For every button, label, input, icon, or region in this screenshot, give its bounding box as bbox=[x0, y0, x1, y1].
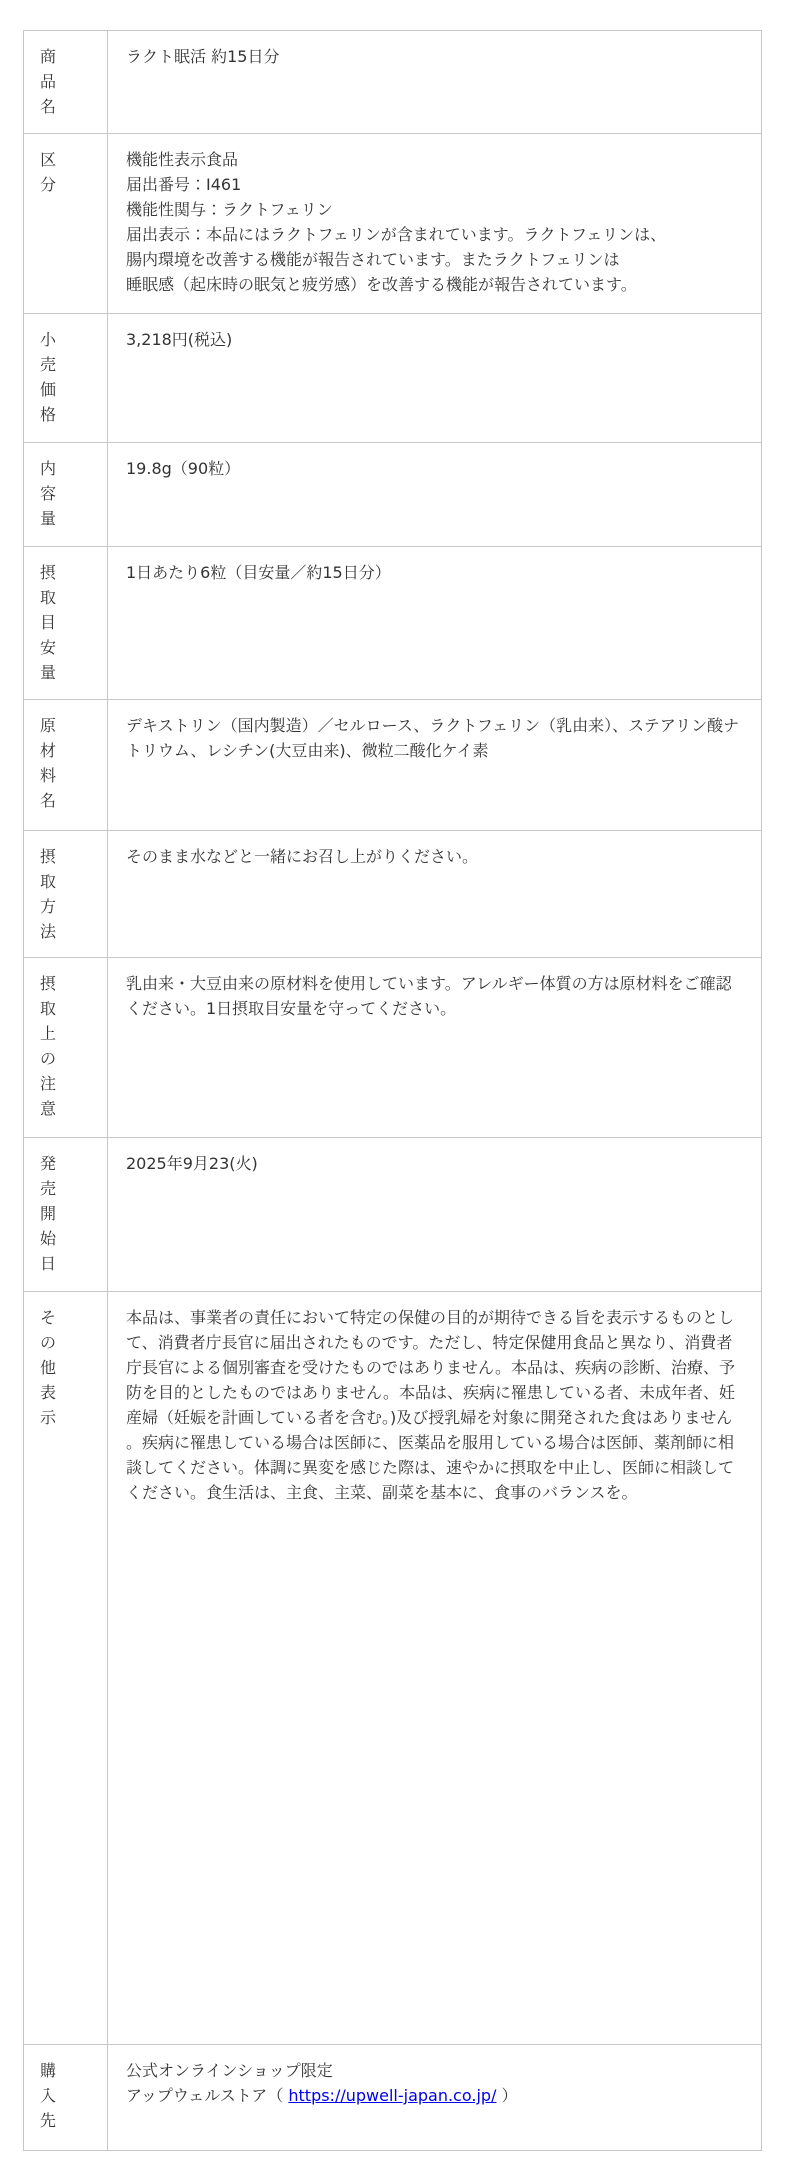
row-label: 購入先 bbox=[24, 2045, 108, 2151]
row-label: 小売価格 bbox=[24, 314, 108, 443]
product-spec-table: 商品名 ラクト眠活 約15日分 区分 機能性表示食品届出番号：I461機能性関与… bbox=[23, 30, 762, 2151]
row-value: デキストリン（国内製造）／セルロース、ラクトフェリン（乳由来）、ステアリン酸ナト… bbox=[108, 700, 762, 831]
row-label: 区分 bbox=[24, 134, 108, 314]
value-line: 19.8g（90粒） bbox=[126, 456, 741, 481]
row-value: 機能性表示食品届出番号：I461機能性関与：ラクトフェリン届出表示：本品にはラク… bbox=[108, 134, 762, 314]
store-link[interactable]: https://upwell-japan.co.jp/ bbox=[288, 2086, 496, 2105]
value-line: ラクト眠活 約15日分 bbox=[126, 44, 741, 69]
row-label-text: 摂取方法 bbox=[40, 844, 58, 944]
value-line: 届出番号：I461 bbox=[126, 172, 741, 197]
table-row: 摂取方法 そのまま水などと一緒にお召し上がりください。 bbox=[24, 831, 762, 958]
row-value: 2025年9月23(火) bbox=[108, 1138, 762, 1292]
value-line: アップウェルストア（ https://upwell-japan.co.jp/ ） bbox=[126, 2083, 741, 2108]
row-label-text: 商品名 bbox=[40, 44, 58, 119]
row-value: 19.8g（90粒） bbox=[108, 443, 762, 547]
page: 商品名 ラクト眠活 約15日分 区分 機能性表示食品届出番号：I461機能性関与… bbox=[0, 0, 800, 2180]
row-value: そのまま水などと一緒にお召し上がりください。 bbox=[108, 831, 762, 958]
row-label: 発売開始日 bbox=[24, 1138, 108, 1292]
row-value: ラクト眠活 約15日分 bbox=[108, 31, 762, 134]
table-row: 摂取上の注意 乳由来・大豆由来の原材料を使用しています。アレルギー体質の方は原材… bbox=[24, 958, 762, 1138]
row-value: 乳由来・大豆由来の原材料を使用しています。アレルギー体質の方は原材料をご確認くだ… bbox=[108, 958, 762, 1138]
value-line: 1日あたり6粒（目安量／約15日分） bbox=[126, 560, 741, 585]
value-line: デキストリン（国内製造）／セルロース、ラクトフェリン（乳由来）、ステアリン酸ナト… bbox=[126, 713, 741, 763]
link-prefix-text: アップウェルストア（ bbox=[126, 2086, 288, 2105]
table-row: 購入先 公式オンラインショップ限定アップウェルストア（ https://upwe… bbox=[24, 2045, 762, 2151]
table-row: 小売価格 3,218円(税込) bbox=[24, 314, 762, 443]
row-label-text: 内容量 bbox=[40, 456, 58, 531]
value-line: 機能性表示食品 bbox=[126, 147, 741, 172]
row-label: 摂取上の注意 bbox=[24, 958, 108, 1138]
value-line: 本品は、事業者の責任において特定の保健の目的が期待できる旨を表示するものとして、… bbox=[126, 1305, 741, 1505]
value-line: 3,218円(税込) bbox=[126, 327, 741, 352]
value-line: そのまま水などと一緒にお召し上がりください。 bbox=[126, 844, 741, 869]
value-line: 公式オンラインショップ限定 bbox=[126, 2058, 741, 2083]
table-row: 商品名 ラクト眠活 約15日分 bbox=[24, 31, 762, 134]
row-label: 内容量 bbox=[24, 443, 108, 547]
value-line: 腸内環境を改善する機能が報告されています。またラクトフェリンは bbox=[126, 247, 741, 272]
row-label-text: 摂取目安量 bbox=[40, 560, 58, 685]
row-label-text: 購入先 bbox=[40, 2058, 58, 2133]
table-row: 原材料名 デキストリン（国内製造）／セルロース、ラクトフェリン（乳由来）、ステア… bbox=[24, 700, 762, 831]
row-label-text: 発売開始日 bbox=[40, 1151, 58, 1276]
table-row: 区分 機能性表示食品届出番号：I461機能性関与：ラクトフェリン届出表示：本品に… bbox=[24, 134, 762, 314]
row-value: 1日あたり6粒（目安量／約15日分） bbox=[108, 547, 762, 700]
row-label-text: 摂取上の注意 bbox=[40, 971, 58, 1121]
row-label-text: 区分 bbox=[40, 147, 58, 197]
table-row: 発売開始日 2025年9月23(火) bbox=[24, 1138, 762, 1292]
value-line: 機能性関与：ラクトフェリン bbox=[126, 197, 741, 222]
value-line: 届出表示：本品にはラクトフェリンが含まれています。ラクトフェリンは、 bbox=[126, 222, 741, 247]
value-line: 乳由来・大豆由来の原材料を使用しています。アレルギー体質の方は原材料をご確認くだ… bbox=[126, 971, 741, 1021]
row-value: 公式オンラインショップ限定アップウェルストア（ https://upwell-j… bbox=[108, 2045, 762, 2151]
spec-table-body: 商品名 ラクト眠活 約15日分 区分 機能性表示食品届出番号：I461機能性関与… bbox=[24, 31, 762, 2151]
row-label: その他表示 bbox=[24, 1292, 108, 2045]
table-row: 内容量 19.8g（90粒） bbox=[24, 443, 762, 547]
row-value: 本品は、事業者の責任において特定の保健の目的が期待できる旨を表示するものとして、… bbox=[108, 1292, 762, 2045]
value-line: 睡眠感（起床時の眠気と疲労感）を改善する機能が報告されています。 bbox=[126, 272, 741, 297]
table-row: 摂取目安量 1日あたり6粒（目安量／約15日分） bbox=[24, 547, 762, 700]
row-label: 商品名 bbox=[24, 31, 108, 134]
link-suffix-text: ） bbox=[496, 2086, 517, 2105]
row-label-text: 原材料名 bbox=[40, 713, 58, 813]
value-line: 2025年9月23(火) bbox=[126, 1151, 741, 1176]
row-label: 原材料名 bbox=[24, 700, 108, 831]
row-label-text: その他表示 bbox=[40, 1305, 58, 1430]
row-value: 3,218円(税込) bbox=[108, 314, 762, 443]
row-label: 摂取目安量 bbox=[24, 547, 108, 700]
row-label: 摂取方法 bbox=[24, 831, 108, 958]
row-label-text: 小売価格 bbox=[40, 327, 58, 427]
table-row: その他表示 本品は、事業者の責任において特定の保健の目的が期待できる旨を表示する… bbox=[24, 1292, 762, 2045]
